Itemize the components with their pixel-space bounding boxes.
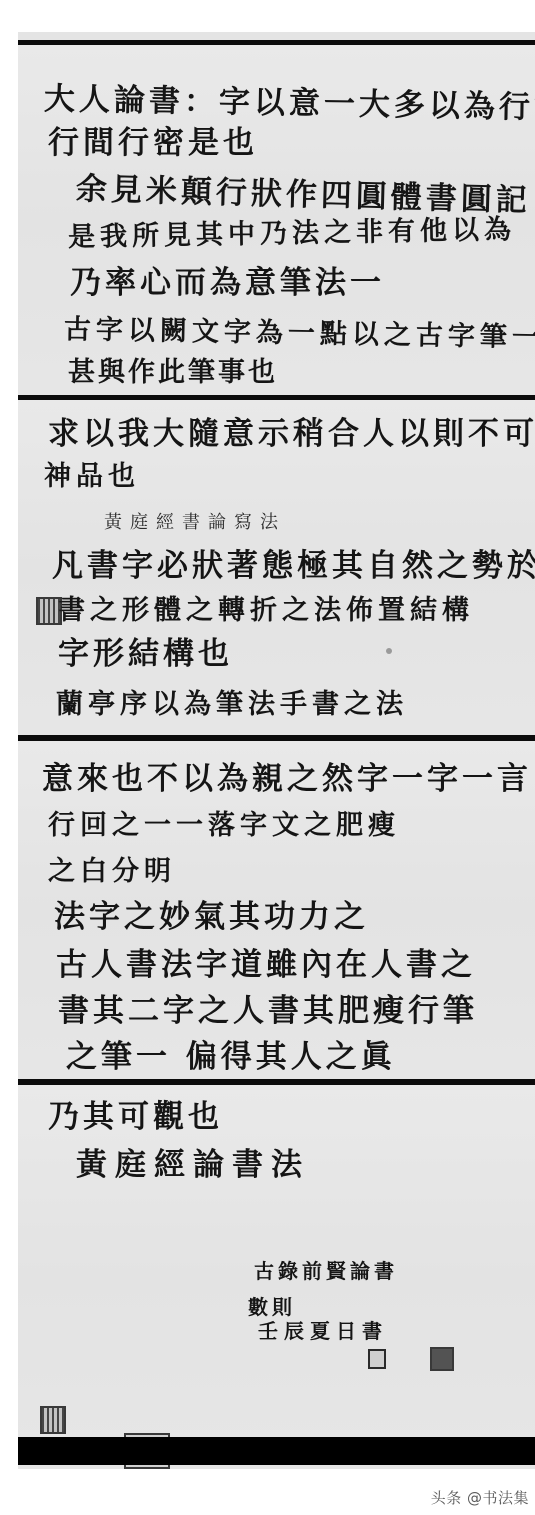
calligraphy-line: 行回之一一落字文之肥瘦	[48, 803, 400, 842]
calligraphy-line: 黃庭經論書法	[76, 1139, 310, 1184]
panel-1: 大人論書：字以意一大多以為行法 行間行密是也 余見米顛行狀作四圓體書圓記 是我所…	[18, 45, 535, 395]
calligraphy-line: 乃其可觀也	[48, 1091, 223, 1136]
collector-seal-panel-2-left	[36, 597, 62, 625]
calligraphy-line: 凡書字必狀著態極其自然之勢於手	[52, 540, 535, 585]
calligraphy-line: 行間行密是也	[48, 117, 258, 162]
calligraphy-line: 古人書法字道雖內在人書之	[56, 939, 476, 984]
calligraphy-line: 之白分明	[48, 849, 176, 888]
calligraphy-line: 蘭亭序以為筆法手書之法	[56, 682, 408, 721]
calligraphy-scroll: 大人論書：字以意一大多以為行法 行間行密是也 余見米顛行狀作四圓體書圓記 是我所…	[18, 32, 535, 1465]
artist-seal-small	[368, 1349, 386, 1369]
signature-line: 古錄前賢論書	[254, 1255, 398, 1284]
calligraphy-line: 古字以闕文字為一點以之古字筆一	[64, 307, 535, 354]
calligraphy-line: 是我所見其中乃法之非有他以為	[68, 207, 517, 254]
calligraphy-line: 意來也不以為親之然字一字一言	[42, 753, 532, 798]
signature-line: 壬辰夏日書	[258, 1315, 388, 1344]
calligraphy-line: 之筆一 偏得其人之眞	[66, 1031, 396, 1076]
calligraphy-line: 書其二字之人書其肥瘦行筆	[58, 985, 478, 1030]
panel-2: 求以我大隨意示稍合人以則不可為 神品也 黃庭經書論寫法 凡書字必狀著態極其自然之…	[18, 400, 535, 735]
ink-spot	[386, 648, 392, 654]
calligraphy-line: 求以我大隨意示稍合人以則不可為	[48, 408, 535, 453]
calligraphy-line: 字形結構也	[58, 628, 233, 673]
calligraphy-line: 法字之妙氣其功力之	[54, 891, 369, 936]
watermark: 头条 @书法集	[431, 1487, 529, 1508]
collector-seal-bottom-left	[40, 1406, 66, 1434]
calligraphy-line: 乃率心而為意筆法一	[70, 257, 385, 302]
panel-3: 意來也不以為親之然字一字一言 行回之一一落字文之肥瘦 之白分明 法字之妙氣其功力…	[18, 741, 535, 1079]
scroll-bottom-band	[18, 1437, 535, 1465]
calligraphy-line: 神品也	[44, 454, 140, 493]
calligraphy-line: 書之形體之轉折之法佈置結構	[58, 588, 474, 627]
calligraphy-line: 甚與作此筆事也	[68, 350, 278, 389]
artist-seal-dark	[430, 1347, 454, 1371]
calligraphy-line: 黃庭經書論寫法	[104, 508, 286, 534]
panel-4: 乃其可觀也 黃庭經論書法 古錄前賢論書 數則 壬辰夏日書	[18, 1085, 535, 1469]
